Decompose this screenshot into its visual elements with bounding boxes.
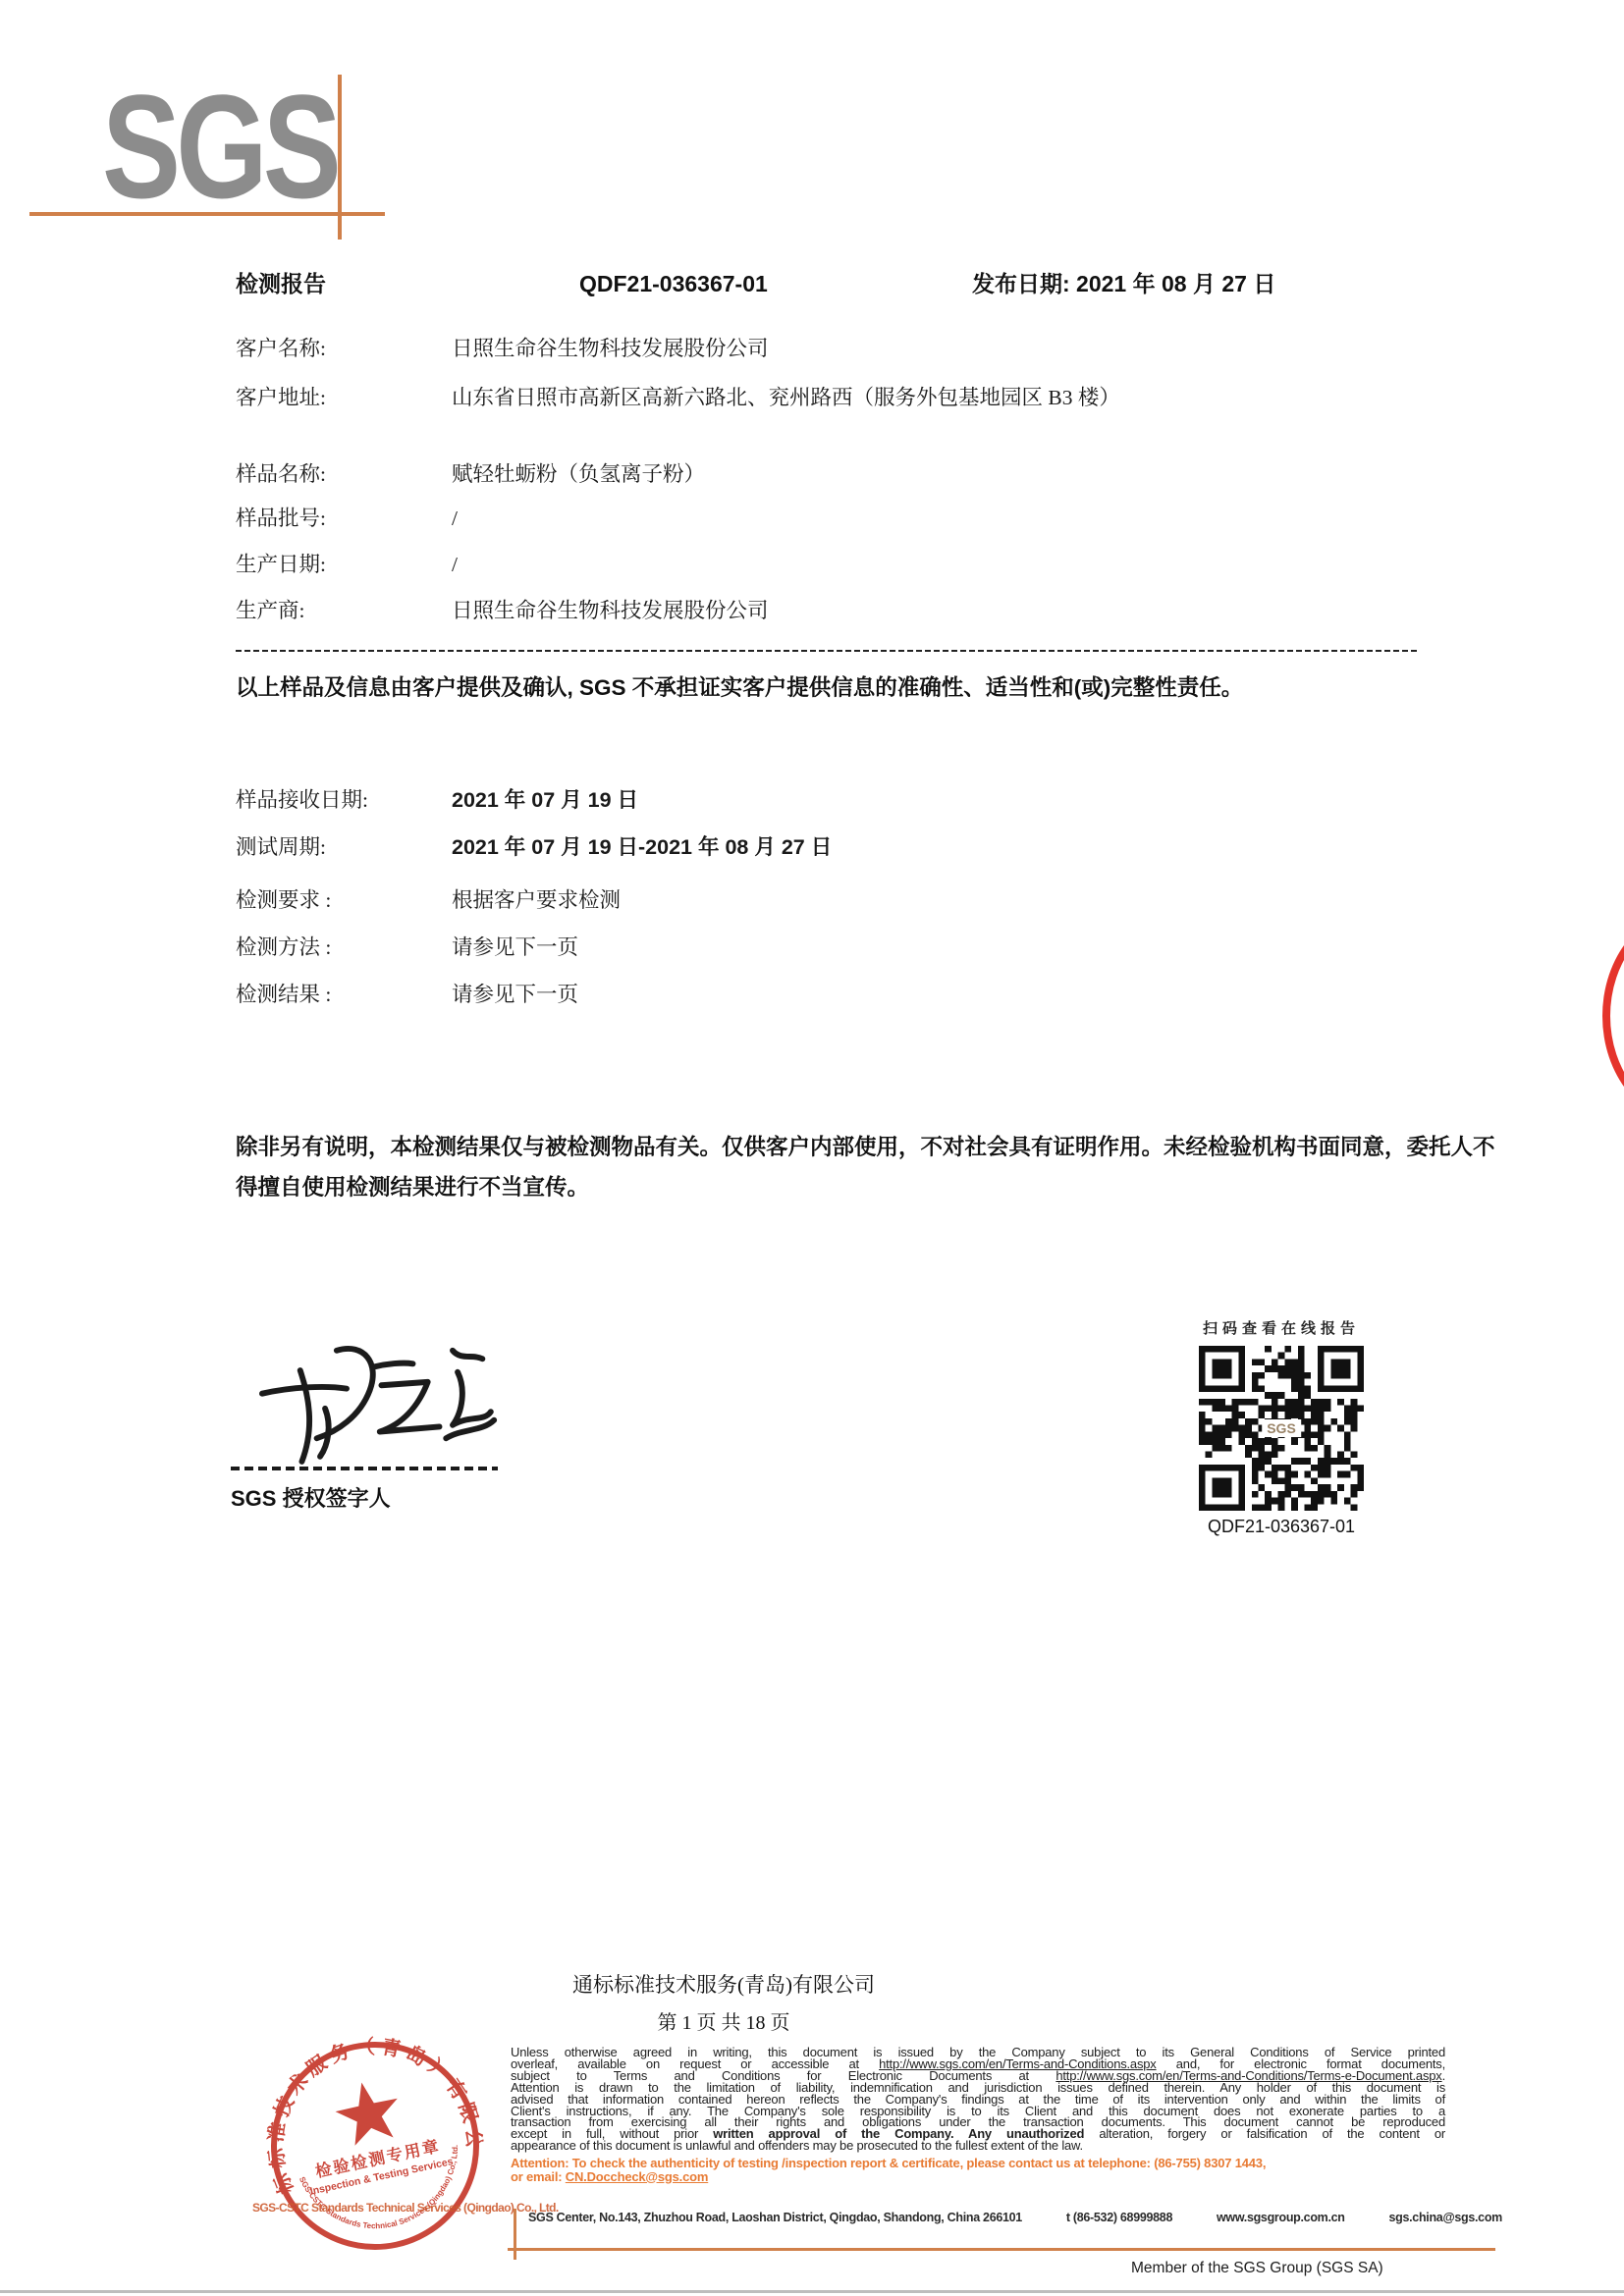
qr-block: 扫码查看在线报告 SGS QDF21-036367-01 (1183, 1317, 1380, 1537)
signature-scribble (231, 1339, 515, 1471)
field-value: 请参见下一页 (452, 933, 1286, 962)
sgs-address: SGS Center, No.143, Zhuzhou Road, Laosha… (528, 2211, 1022, 2224)
signature-line (231, 1467, 498, 1470)
field-value: 赋轻牡蛎粉（负氢离子粉） (452, 459, 1286, 489)
field-label: 样品接收日期: (236, 785, 368, 815)
dashed-divider (236, 650, 1417, 652)
contact-email[interactable]: sgs.china@sgs.com (1389, 2211, 1502, 2224)
attention-email-line: or email: CN.Doccheck@sgs.com (511, 2170, 1445, 2184)
footer-rule (508, 2248, 1495, 2251)
authorized-signer-label: SGS 授权签字人 (231, 1482, 391, 1513)
page-indicator: 第 1 页 共 18 页 (429, 2006, 1018, 2035)
red-stamp-arc (1602, 908, 1624, 1124)
company-stamp: 通标标准技术服务（青岛）有限公司 检验检测专用章 Inspection & Te… (247, 2018, 504, 2274)
field-value: / (452, 550, 1286, 579)
field-label: 生产日期: (236, 550, 326, 579)
field-label: 客户名称: (236, 334, 326, 363)
logo-crosshair-horizontal (29, 212, 385, 216)
qr-report-number: QDF21-036367-01 (1183, 1517, 1380, 1537)
phone-number: t (86-532) 68999888 (1066, 2211, 1172, 2224)
sample-info-disclaimer: 以上样品及信息由客户提供及确认, SGS 不承担证实客户提供信息的准确性、适当性… (236, 667, 1429, 709)
logo-crosshair-vertical (338, 75, 342, 240)
qr-code: SGS (1199, 1346, 1364, 1511)
field-label: 客户地址: (236, 378, 326, 417)
sgs-logo: SGS (102, 73, 337, 220)
page-bottom-edge (0, 2290, 1624, 2293)
qr-center-logo: SGS (1262, 1419, 1301, 1437)
field-label: 检测结果 : (236, 980, 331, 1009)
website-url[interactable]: www.sgsgroup.com.cn (1217, 2211, 1345, 2224)
report-page: SGS 检测报告 QDF21-036367-01 发布日期: 2021 年 08… (0, 0, 1624, 2296)
field-value: 日照生命谷生物科技发展股份公司 (452, 596, 1286, 625)
field-label: 检测要求 : (236, 885, 331, 915)
field-label: 检测方法 : (236, 933, 331, 962)
legal-text: Unless otherwise agreed in writing, this… (511, 2047, 1445, 2183)
field-label: 测试周期: (236, 832, 326, 862)
report-title: 检测报告 (236, 269, 326, 298)
address-accent-line (514, 2209, 516, 2260)
field-value: 日照生命谷生物科技发展股份公司 (452, 334, 1286, 363)
stamp-company-en: SGS-CSTC Standards Technical Services (Q… (252, 2201, 559, 2215)
doccheck-email[interactable]: CN.Doccheck@sgs.com (566, 2169, 708, 2184)
report-number: QDF21-036367-01 (579, 269, 768, 298)
stamp-star (331, 2076, 406, 2149)
field-value: 2021 年 07 月 19 日 (452, 785, 1286, 815)
legal-line: appearance of this document is unlawful … (511, 2140, 1445, 2152)
field-value: / (452, 504, 1286, 533)
issue-date: 发布日期: 2021 年 08 月 27 日 (972, 269, 1275, 298)
field-value: 山东省日照市高新区高新六路北、兖州路西（服务外包基地园区 B3 楼） (452, 378, 1286, 417)
address-bar: SGS Center, No.143, Zhuzhou Road, Laosha… (528, 2211, 1502, 2224)
usage-disclaimer: 除非另有说明，本检测结果仅与被检测物品有关。仅供客户内部使用，不对社会具有证明作… (236, 1127, 1502, 1207)
qr-caption: 扫码查看在线报告 (1183, 1317, 1380, 1338)
member-line: Member of the SGS Group (SGS SA) (1131, 2260, 1426, 2277)
field-value: 根据客户要求检测 (452, 885, 1286, 915)
field-value: 请参见下一页 (452, 980, 1286, 1009)
field-label: 样品名称: (236, 459, 326, 489)
footer-company-name: 通标标准技术服务(青岛)有限公司 (429, 1969, 1018, 1999)
field-label: 生产商: (236, 596, 304, 625)
attention-note: Attention: To check the authenticity of … (511, 2157, 1445, 2170)
field-value: 2021 年 07 月 19 日-2021 年 08 月 27 日 (452, 832, 1286, 862)
field-label: 样品批号: (236, 504, 326, 533)
